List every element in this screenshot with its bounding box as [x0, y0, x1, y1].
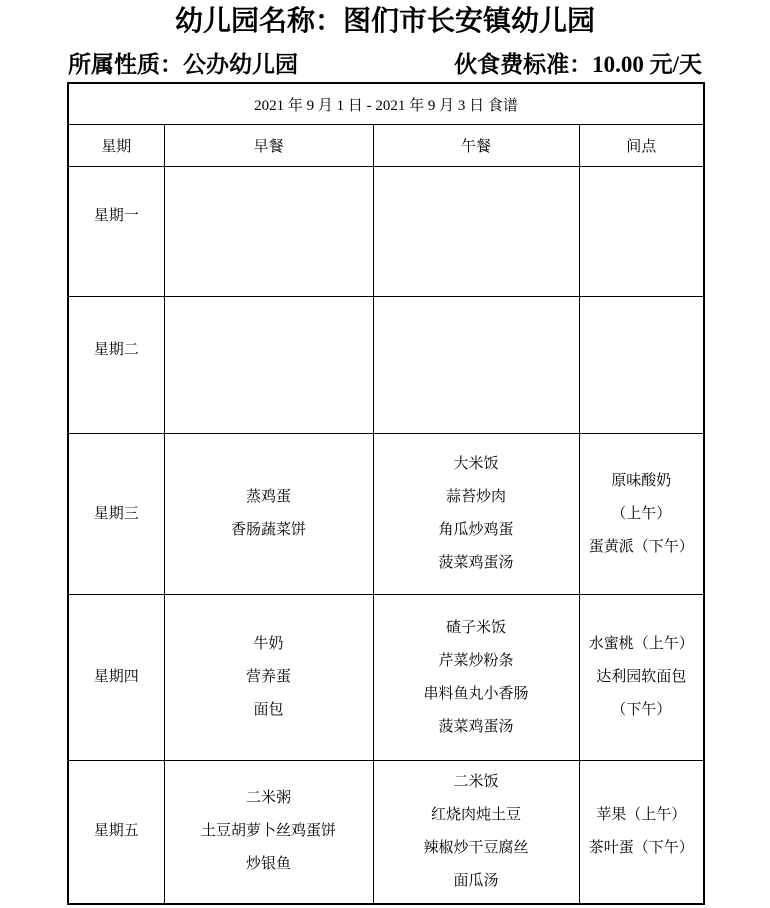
menu-item: 菠菜鸡蛋汤 [374, 547, 579, 580]
breakfast-cell [164, 297, 373, 434]
lunch-cell: 碴子米饭芹菜炒粉条串料鱼丸小香肠菠菜鸡蛋汤 [373, 595, 579, 761]
menu-item: 二米粥 [165, 782, 373, 815]
day-label: 星期一 [69, 200, 164, 233]
menu-item: 面瓜汤 [374, 865, 579, 898]
day-label: 星期五 [69, 815, 164, 848]
menu-row: 星期五二米粥土豆胡萝卜丝鸡蛋饼炒银鱼二米饭红烧肉炖土豆辣椒炒干豆腐丝面瓜汤苹果（… [68, 761, 704, 904]
period-title-row: 2021 年 9 月 1 日 - 2021 年 9 月 3 日 食谱 [68, 83, 704, 125]
menu-period-title: 2021 年 9 月 1 日 - 2021 年 9 月 3 日 食谱 [68, 83, 704, 125]
day-label: 星期四 [69, 661, 164, 694]
breakfast-cell: 二米粥土豆胡萝卜丝鸡蛋饼炒银鱼 [164, 761, 373, 904]
menu-item: 茶叶蛋（下午） [580, 832, 704, 865]
snack-cell: 原味酸奶（上午）蛋黄派（下午） [579, 434, 704, 595]
menu-item: 大米饭 [374, 448, 579, 481]
menu-table-body: 星期一星期二星期三蒸鸡蛋香肠蔬菜饼大米饭蒜苔炒肉角瓜炒鸡蛋菠菜鸡蛋汤原味酸奶（上… [68, 167, 704, 904]
menu-document-page: 幼儿园名称：图们市长安镇幼儿园 所属性质：公办幼儿园 伙食费标准：10.00 元… [0, 0, 770, 908]
ownership-label: 所属性质：公办幼儿园 [68, 46, 298, 79]
day-cell: 星期一 [68, 167, 164, 297]
column-header: 间点 [579, 125, 704, 167]
lunch-cell: 二米饭红烧肉炖土豆辣椒炒干豆腐丝面瓜汤 [373, 761, 579, 904]
snack-cell: 水蜜桃（上午）达利园软面包（下午） [579, 595, 704, 761]
menu-item: 炒银鱼 [165, 848, 373, 881]
snack-cell [579, 297, 704, 434]
menu-item: 蒜苔炒肉 [374, 481, 579, 514]
menu-item: 面包 [165, 694, 373, 727]
menu-item: （上午） [580, 498, 704, 531]
snack-cell [579, 167, 704, 297]
page-title: 幼儿园名称：图们市长安镇幼儿园 [0, 0, 770, 39]
menu-row: 星期四牛奶营养蛋面包碴子米饭芹菜炒粉条串料鱼丸小香肠菠菜鸡蛋汤水蜜桃（上午）达利… [68, 595, 704, 761]
menu-item: 香肠蔬菜饼 [165, 514, 373, 547]
menu-item: 菠菜鸡蛋汤 [374, 711, 579, 744]
menu-row: 星期一 [68, 167, 704, 297]
menu-item: （下午） [580, 694, 704, 727]
menu-item: 角瓜炒鸡蛋 [374, 514, 579, 547]
menu-item: 蒸鸡蛋 [165, 481, 373, 514]
menu-item: 红烧肉炖土豆 [374, 799, 579, 832]
day-cell: 星期五 [68, 761, 164, 904]
menu-item: 串料鱼丸小香肠 [374, 678, 579, 711]
column-header-row: 星期早餐午餐间点 [68, 125, 704, 167]
lunch-cell [373, 297, 579, 434]
day-label: 星期二 [69, 334, 164, 367]
menu-item: 达利园软面包 [580, 661, 704, 694]
menu-item: 原味酸奶 [580, 465, 704, 498]
column-header: 午餐 [373, 125, 579, 167]
lunch-cell: 大米饭蒜苔炒肉角瓜炒鸡蛋菠菜鸡蛋汤 [373, 434, 579, 595]
day-cell: 星期四 [68, 595, 164, 761]
day-cell: 星期二 [68, 297, 164, 434]
day-cell: 星期三 [68, 434, 164, 595]
menu-item: 牛奶 [165, 628, 373, 661]
meal-fee-label: 伙食费标准：10.00 元/天 [454, 46, 702, 79]
day-label: 星期三 [69, 498, 164, 531]
menu-table: 2021 年 9 月 1 日 - 2021 年 9 月 3 日 食谱 星期早餐午… [67, 82, 705, 905]
subheader: 所属性质：公办幼儿园 伙食费标准：10.00 元/天 [68, 46, 702, 79]
menu-item: 苹果（上午） [580, 799, 704, 832]
menu-item: 营养蛋 [165, 661, 373, 694]
menu-item: 二米饭 [374, 766, 579, 799]
breakfast-cell [164, 167, 373, 297]
column-header: 星期 [68, 125, 164, 167]
column-header: 早餐 [164, 125, 373, 167]
menu-item: 碴子米饭 [374, 612, 579, 645]
lunch-cell [373, 167, 579, 297]
menu-item: 土豆胡萝卜丝鸡蛋饼 [165, 815, 373, 848]
menu-row: 星期二 [68, 297, 704, 434]
menu-item: 辣椒炒干豆腐丝 [374, 832, 579, 865]
menu-item: 芹菜炒粉条 [374, 645, 579, 678]
snack-cell: 苹果（上午）茶叶蛋（下午） [579, 761, 704, 904]
menu-item: 水蜜桃（上午） [580, 628, 704, 661]
breakfast-cell: 牛奶营养蛋面包 [164, 595, 373, 761]
menu-row: 星期三蒸鸡蛋香肠蔬菜饼大米饭蒜苔炒肉角瓜炒鸡蛋菠菜鸡蛋汤原味酸奶（上午）蛋黄派（… [68, 434, 704, 595]
menu-item: 蛋黄派（下午） [580, 531, 704, 564]
breakfast-cell: 蒸鸡蛋香肠蔬菜饼 [164, 434, 373, 595]
